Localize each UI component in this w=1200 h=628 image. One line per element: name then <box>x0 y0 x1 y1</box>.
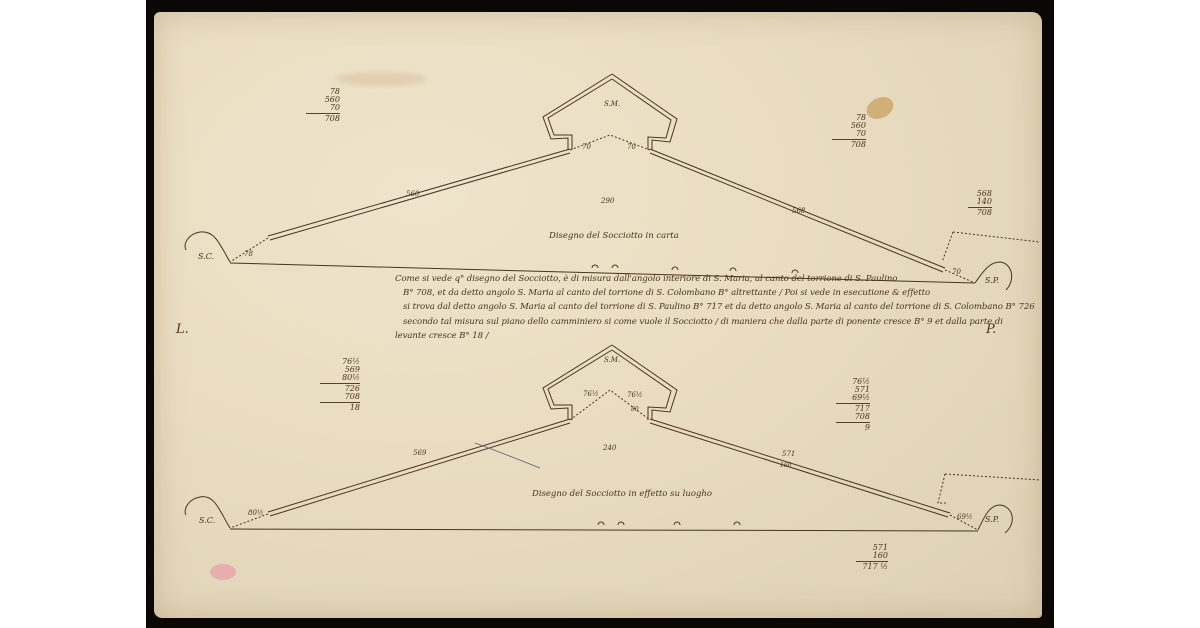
top-right-bastion-label: S.P. <box>985 276 999 285</box>
calc-line: 70 <box>306 104 340 112</box>
bottom-center-bastion-label: S.M. <box>604 356 620 364</box>
bottom-inner-right-value: 76½ <box>627 391 643 399</box>
calc-top-left: 78 560 70 708 <box>306 88 340 123</box>
bottom-right-flank-value: 571 <box>782 450 795 458</box>
calc-total: 9 <box>836 424 870 432</box>
calc-total: 717 ½ <box>856 563 888 571</box>
top-center-value: 290 <box>600 197 615 205</box>
calc-total: 18 <box>320 404 360 412</box>
bottom-right-bastion-label: S.P. <box>985 515 999 524</box>
note-line: Come si vede q° disegno del Socciotto, è… <box>395 272 975 286</box>
note-line: B° 708, et da detto angolo S. Maria al c… <box>395 286 975 300</box>
note-line: si trova dal detto angolo S. Maria al ca… <box>395 300 975 314</box>
calc-total: 708 <box>306 115 340 123</box>
top-left-end-value: 78 <box>244 250 253 258</box>
top-left-bastion-label: S.C. <box>198 252 214 261</box>
bottom-plan <box>185 345 1040 533</box>
calc-line: 160 <box>856 552 888 560</box>
calc-line: 708 <box>836 413 870 421</box>
calc-mid-right: 76½ 571 69½ 717 708 9 <box>836 378 870 432</box>
top-right-flank-value: 568 <box>792 207 806 215</box>
top-center-bastion-label: S.M. <box>604 100 620 108</box>
calc-line: 140 <box>968 198 992 206</box>
bottom-left-end-value: 80½ <box>248 509 264 517</box>
bottom-right-end-value: 69½ <box>957 513 973 521</box>
calc-bottom-right: 571 160 717 ½ <box>856 544 888 571</box>
calc-mid-left: 76½ 569 80½ 726 708 18 <box>320 358 360 412</box>
calc-total: 708 <box>832 141 866 149</box>
bottom-left-flank-value: 569 <box>413 449 427 457</box>
note-line: secondo tal misura sul piano dello cammi… <box>395 315 975 329</box>
top-caption: Disegno del Socciotto in carta <box>548 231 679 241</box>
top-left-flank-value: 560 <box>406 190 420 198</box>
note-line: levante cresce B° 18 / <box>395 329 975 343</box>
top-inner-left-value: 70 <box>582 143 591 151</box>
calc-right-side: 568 140 708 <box>968 190 992 217</box>
margin-letter-left: L. <box>176 322 189 337</box>
calc-line: 708 <box>320 393 360 401</box>
bottom-inner-left-value: 76½ <box>583 390 599 398</box>
calc-total: 708 <box>968 209 992 217</box>
bottom-caption: Disegno del Socciotto in effetto su luog… <box>531 489 712 499</box>
calc-line: 69½ <box>836 394 870 402</box>
calc-line: 80½ <box>320 374 360 382</box>
bottom-left-bastion-label: S.C. <box>199 516 215 525</box>
top-inner-right-value: 70 <box>627 143 636 151</box>
manuscript-note: Come si vede q° disegno del Socciotto, è… <box>395 272 975 343</box>
calc-line: 70 <box>832 130 866 138</box>
calc-top-right: 78 560 70 708 <box>832 114 866 149</box>
bottom-right-flank-inner-value: 160 <box>780 462 792 469</box>
bottom-center-value: 240 <box>602 444 617 452</box>
bottom-inner-right-sub: 80 <box>631 406 639 413</box>
